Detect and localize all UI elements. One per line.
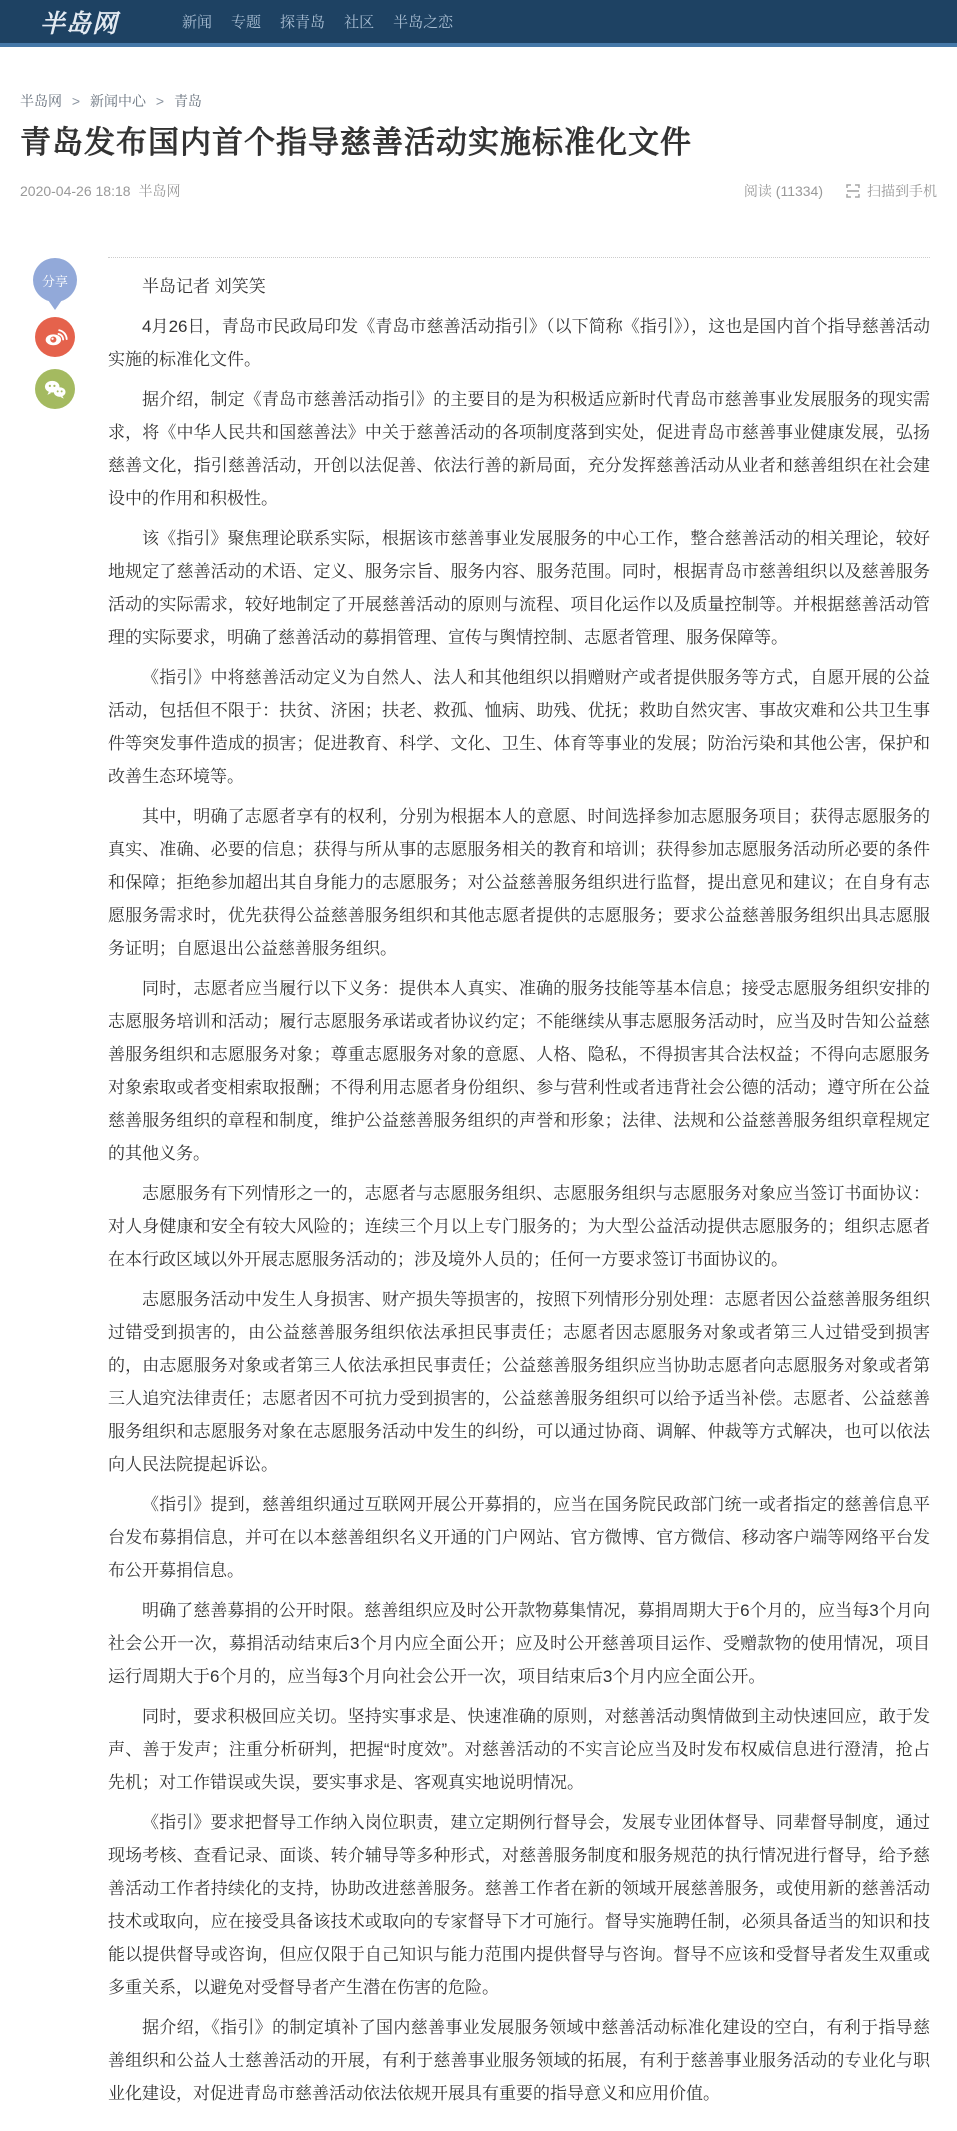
main-content: 半岛网 > 新闻中心 > 青岛 青岛发布国内首个指导慈善活动实施标准化文件 20… <box>0 91 957 2110</box>
page-title: 青岛发布国内首个指导慈善活动实施标准化文件 <box>20 121 937 165</box>
article-paragraph: 据介绍，《指引》的制定填补了国内慈善事业发展服务领域中慈善活动标准化建设的空白，… <box>108 2011 930 2110</box>
article-paragraph: 同时，要求积极回应关切。坚持实事求是、快速准确的原则，对慈善活动舆情做到主动快速… <box>108 1700 930 1799</box>
qr-scan-icon <box>845 183 861 199</box>
top-nav: 新闻 专题 探青岛 社区 半岛之恋 <box>182 11 472 32</box>
article-paragraph: 《指引》中将慈善活动定义为自然人、法人和其他组织以捐赠财产或者提供服务等方式，自… <box>108 661 930 793</box>
share-label: 分享 <box>42 271 68 290</box>
article-source: 半岛网 <box>139 183 181 199</box>
breadcrumb: 半岛网 > 新闻中心 > 青岛 <box>20 91 937 111</box>
nav-item-community[interactable]: 社区 <box>344 11 374 32</box>
breadcrumb-separator: > <box>156 93 164 109</box>
article-paragraph: 《指引》提到，慈善组织通过互联网开展公开募捐的，应当在国务院民政部门统一或者指定… <box>108 1488 930 1587</box>
breadcrumb-news-center[interactable]: 新闻中心 <box>90 93 146 109</box>
article-paragraph: 志愿服务有下列情形之一的，志愿者与志愿服务组织、志愿服务组织与志愿服务对象应当签… <box>108 1177 930 1276</box>
article-paragraph: 其中，明确了志愿者享有的权利，分别为根据本人的意愿、时间选择参加志愿服务项目；获… <box>108 800 930 965</box>
scan-label: 扫描到手机 <box>867 181 937 201</box>
read-count: 阅读 (11334) <box>744 181 823 201</box>
article-paragraph: 据介绍，制定《青岛市慈善活动指引》的主要目的是为积极适应新时代青岛市慈善事业发展… <box>108 383 930 515</box>
article-date-source: 2020-04-26 18:18半岛网 <box>20 181 181 201</box>
nav-item-topics[interactable]: 专题 <box>231 11 261 32</box>
site-logo[interactable]: 半岛网 <box>40 4 118 40</box>
article-body: 半岛记者 刘笑笑 4月26日，青岛市民政局印发《青岛市慈善活动指引》（以下简称《… <box>108 257 930 2110</box>
article-date: 2020-04-26 18:18 <box>20 183 131 199</box>
scan-to-phone[interactable]: 扫描到手机 <box>845 181 937 201</box>
article-paragraph: 明确了慈善募捐的公开时限。慈善组织应及时公开款物募集情况，募捐周期大于6个月的，… <box>108 1594 930 1693</box>
weibo-icon[interactable] <box>35 317 75 357</box>
nav-item-peninsula-love[interactable]: 半岛之恋 <box>393 11 453 32</box>
article-paragraph: 志愿服务活动中发生人身损害、财产损失等损害的，按照下列情形分别处理：志愿者因公益… <box>108 1283 930 1481</box>
article-paragraph: 《指引》要求把督导工作纳入岗位职责，建立定期例行督导会，发展专业团体督导、同辈督… <box>108 1806 930 2004</box>
breadcrumb-home[interactable]: 半岛网 <box>20 93 62 109</box>
share-rail: 分享 <box>33 258 79 421</box>
article-meta: 2020-04-26 18:18半岛网 阅读 (11334) 扫描到手机 <box>20 181 937 201</box>
article-paragraph: 4月26日，青岛市民政局印发《青岛市慈善活动指引》（以下简称《指引》），这也是国… <box>108 310 930 376</box>
article-paragraph: 该《指引》聚焦理论联系实际，根据该市慈善事业发展服务的中心工作，整合慈善活动的相… <box>108 522 930 654</box>
breadcrumb-qingdao[interactable]: 青岛 <box>174 93 202 109</box>
article-author: 半岛记者 刘笑笑 <box>108 270 930 303</box>
article-paragraph: 同时，志愿者应当履行以下义务：提供本人真实、准确的服务技能等基本信息；接受志愿服… <box>108 972 930 1170</box>
share-balloon-icon[interactable]: 分享 <box>33 258 77 302</box>
site-header: 半岛网 新闻 专题 探青岛 社区 半岛之恋 <box>0 0 957 47</box>
wechat-icon[interactable] <box>35 369 75 409</box>
breadcrumb-separator: > <box>72 93 80 109</box>
nav-item-news[interactable]: 新闻 <box>182 11 212 32</box>
nav-item-explore-qingdao[interactable]: 探青岛 <box>280 11 325 32</box>
dotted-divider <box>108 257 930 258</box>
